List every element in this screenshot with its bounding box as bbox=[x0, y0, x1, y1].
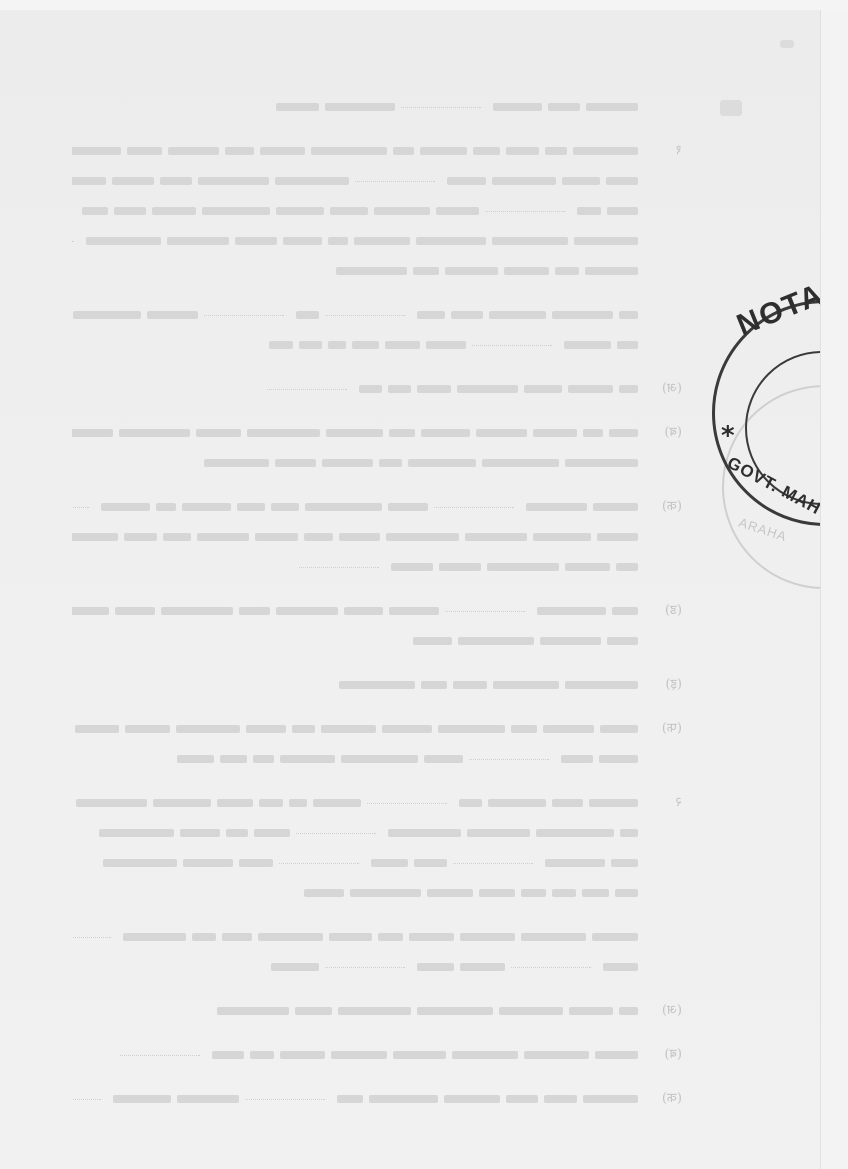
section-marker: (ड) bbox=[648, 596, 682, 626]
bleed-line bbox=[72, 818, 682, 848]
star-icon: * bbox=[721, 421, 735, 451]
section-marker: (ब) bbox=[648, 418, 682, 448]
bleed-line bbox=[72, 552, 682, 582]
stamp-line: Reg. N bbox=[755, 433, 820, 448]
bleed-line: (क) bbox=[72, 1084, 682, 1114]
section-marker: (क) bbox=[648, 492, 682, 522]
bleed-line: (ड) bbox=[72, 596, 682, 626]
paper-crease-mark bbox=[780, 40, 794, 48]
section-marker: (क) bbox=[648, 1084, 682, 1114]
stamp-line: Are bbox=[755, 403, 820, 418]
bleed-line bbox=[72, 522, 682, 552]
bleed-line: (अ) bbox=[72, 996, 682, 1026]
section-marker: (फ) bbox=[648, 714, 682, 744]
bleed-line bbox=[72, 330, 682, 360]
bleed-line bbox=[72, 626, 682, 656]
bleed-line: (फ) bbox=[72, 714, 682, 744]
bleed-line: (क) bbox=[72, 492, 682, 522]
page-clip: १(अ)(ब)(क)(ड)(इ)(फ)२(अ)(ब)(क) ARAHA NOTA… bbox=[0, 0, 820, 1169]
stamp-line: J. M. DA bbox=[755, 373, 820, 388]
section-marker: (अ) bbox=[648, 374, 682, 404]
bleed-through-text: १(अ)(ब)(क)(ड)(इ)(फ)२(अ)(ब)(क) bbox=[72, 92, 682, 1128]
stamp-details: J. M. DA Advoc Are Ahmedna Reg. N bbox=[755, 373, 820, 448]
bleed-line: (इ) bbox=[72, 670, 682, 700]
bleed-line bbox=[72, 92, 682, 122]
bleed-line bbox=[72, 448, 682, 478]
section-marker: १ bbox=[648, 136, 682, 166]
stamp-line: Advoc bbox=[755, 388, 820, 403]
page-right-edge bbox=[820, 10, 848, 1169]
bleed-line bbox=[72, 196, 682, 226]
bleed-line bbox=[72, 166, 682, 196]
section-marker: (ब) bbox=[648, 1040, 682, 1070]
bleed-line bbox=[72, 878, 682, 908]
section-marker: (अ) bbox=[648, 996, 682, 1026]
bleed-line: १ bbox=[72, 136, 682, 166]
bleed-line bbox=[72, 744, 682, 774]
stamp-line: Ahmedna bbox=[755, 418, 820, 433]
bleed-line bbox=[72, 848, 682, 878]
bleed-line bbox=[72, 226, 682, 256]
paper-crease-mark bbox=[720, 100, 742, 116]
bleed-line bbox=[72, 922, 682, 952]
bleed-line bbox=[72, 256, 682, 286]
bleed-line: २ bbox=[72, 788, 682, 818]
bleed-line: (ब) bbox=[72, 418, 682, 448]
section-marker: २ bbox=[648, 788, 682, 818]
bleed-line: (अ) bbox=[72, 374, 682, 404]
bleed-line bbox=[72, 300, 682, 330]
section-marker: (इ) bbox=[648, 670, 682, 700]
bleed-line: (ब) bbox=[72, 1040, 682, 1070]
bleed-line bbox=[72, 952, 682, 982]
